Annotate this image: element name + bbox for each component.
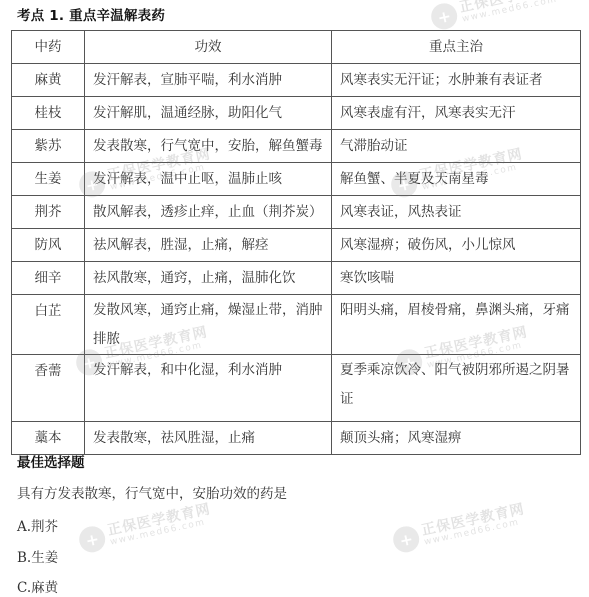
herb-table: 中药 功效 重点主治 麻黄 发汗解表，宣肺平喘，利水消肿 风寒表实无汗证；水肿兼… (11, 30, 581, 455)
herb-name: 生姜 (12, 163, 85, 196)
herb-effects: 发汗解肌，温通经脉，助阳化气 (85, 97, 332, 130)
herb-indications: 气滞胎动证 (332, 130, 581, 163)
herb-indications: 颠顶头痛；风寒湿痹 (332, 422, 581, 455)
herb-effects: 发汗解表，和中化湿，利水消肿 (85, 355, 332, 422)
table-row: 麻黄 发汗解表，宣肺平喘，利水消肿 风寒表实无汗证；水肿兼有表证者 (12, 64, 581, 97)
herb-indications: 风寒表证，风热表证 (332, 196, 581, 229)
table-header-row: 中药 功效 重点主治 (12, 31, 581, 64)
herb-name: 细辛 (12, 262, 85, 295)
watermark: + 正保医学教育网www.med66.com (77, 501, 214, 554)
herb-name: 香薷 (12, 355, 85, 422)
herb-effects: 发表散寒，祛风胜湿，止痛 (85, 422, 332, 455)
herb-indications: 风寒湿痹；破伤风，小儿惊风 (332, 229, 581, 262)
herb-indications: 寒饮咳喘 (332, 262, 581, 295)
watermark-logo-icon: + (77, 524, 108, 555)
table-row: 香薷 发汗解表，和中化湿，利水消肿 夏季乘凉饮冷、阳气被阴邪所遏之阴暑证 (12, 355, 581, 422)
table-row: 白芷 发散风寒，通窍止痛，燥湿止带，消肿排脓 阳明头痛，眉棱骨痛，鼻渊头痛，牙痛 (12, 295, 581, 355)
table-row: 生姜 发汗解表，温中止呕，温肺止咳 解鱼蟹、半夏及天南星毒 (12, 163, 581, 196)
herb-effects: 散风解表，透疹止痒，止血（荆芥炭） (85, 196, 332, 229)
table-row: 紫苏 发表散寒，行气宽中，安胎，解鱼蟹毒 气滞胎动证 (12, 130, 581, 163)
herb-name: 紫苏 (12, 130, 85, 163)
header-indications: 重点主治 (332, 31, 581, 64)
table-row: 防风 祛风解表，胜湿，止痛，解痉 风寒湿痹；破伤风，小儿惊风 (12, 229, 581, 262)
table-row: 藁本 发表散寒，祛风胜湿，止痛 颠顶头痛；风寒湿痹 (12, 422, 581, 455)
herb-name: 藁本 (12, 422, 85, 455)
quiz-option-c[interactable]: C.麻黄 (17, 576, 58, 596)
watermark: + 正保医学教育网www.med66.com (429, 0, 566, 32)
herb-effects: 发汗解表，宣肺平喘，利水消肿 (85, 64, 332, 97)
watermark-logo-icon: + (391, 524, 422, 555)
herb-indications: 风寒表虚有汗，风寒表实无汗 (332, 97, 581, 130)
watermark: + 正保医学教育网www.med66.com (391, 501, 528, 554)
table-row: 桂枝 发汗解肌，温通经脉，助阳化气 风寒表虚有汗，风寒表实无汗 (12, 97, 581, 130)
herb-effects: 发表散寒，行气宽中，安胎，解鱼蟹毒 (85, 130, 332, 163)
table-row: 细辛 祛风散寒，通窍，止痛，温肺化饮 寒饮咳喘 (12, 262, 581, 295)
herb-indications: 风寒表实无汗证；水肿兼有表证者 (332, 64, 581, 97)
herb-indications: 阳明头痛，眉棱骨痛，鼻渊头痛，牙痛 (332, 295, 581, 355)
herb-name: 荆芥 (12, 196, 85, 229)
herb-effects: 祛风解表，胜湿，止痛，解痉 (85, 229, 332, 262)
table-row: 荆芥 散风解表，透疹止痒，止血（荆芥炭） 风寒表证，风热表证 (12, 196, 581, 229)
herb-name: 防风 (12, 229, 85, 262)
watermark-logo-icon: + (429, 1, 460, 32)
header-effects: 功效 (85, 31, 332, 64)
section-title: 考点 1. 重点辛温解表药 (17, 4, 165, 24)
herb-indications: 解鱼蟹、半夏及天南星毒 (332, 163, 581, 196)
quiz-option-b[interactable]: B.生姜 (17, 546, 58, 566)
quiz-heading: 最佳选择题 (17, 451, 85, 471)
quiz-option-a[interactable]: A.荆芥 (17, 515, 58, 535)
herb-name: 桂枝 (12, 97, 85, 130)
herb-effects: 祛风散寒，通窍，止痛，温肺化饮 (85, 262, 332, 295)
header-herb: 中药 (12, 31, 85, 64)
herb-effects: 发散风寒，通窍止痛，燥湿止带，消肿排脓 (85, 295, 332, 355)
herb-name: 麻黄 (12, 64, 85, 97)
quiz-question: 具有方发表散寒，行气宽中，安胎功效的药是 (17, 482, 287, 502)
herb-effects: 发汗解表，温中止呕，温肺止咳 (85, 163, 332, 196)
herb-name: 白芷 (12, 295, 85, 355)
herb-indications: 夏季乘凉饮冷、阳气被阴邪所遏之阴暑证 (332, 355, 581, 422)
